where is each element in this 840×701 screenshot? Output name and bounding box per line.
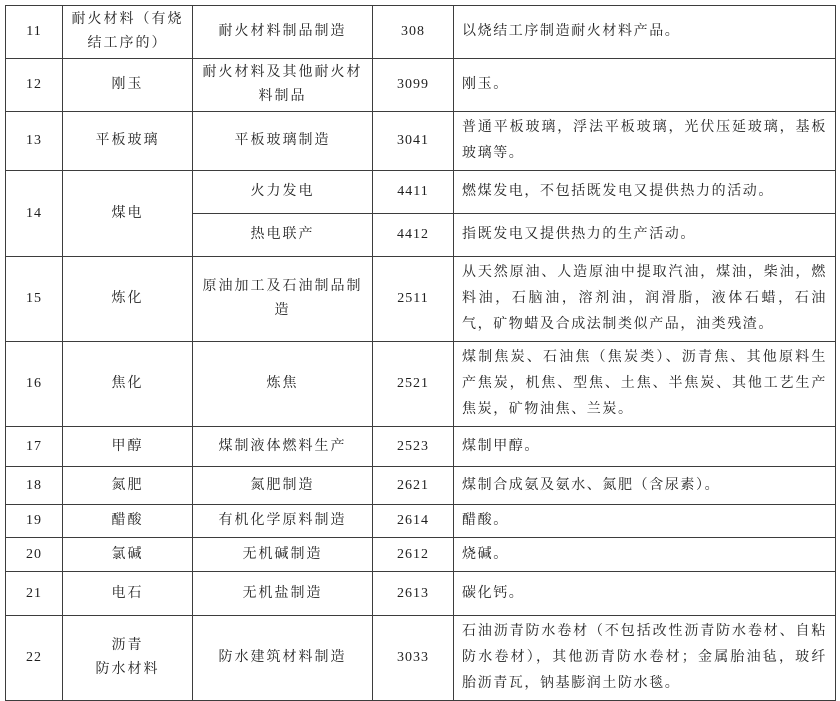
row-no-cell: 20: [6, 538, 63, 572]
table-row-19: 19 醋酸 有机化学原料制造 2614 醋酸。: [6, 505, 836, 538]
category-cell: 防水建筑材料制造: [193, 616, 373, 701]
code-cell: 2523: [373, 427, 454, 467]
code-cell: 3033: [373, 616, 454, 701]
table-row-20: 20 氯碱 无机碱制造 2612 烧碱。: [6, 538, 836, 572]
table-row-11: 11 耐火材料（有烧结工序的） 耐火材料制品制造 308 以烧结工序制造耐火材料…: [6, 6, 836, 59]
row-no-cell: 13: [6, 112, 63, 171]
table-row-17: 17 甲醇 煤制液体燃料生产 2523 煤制甲醇。: [6, 427, 836, 467]
description-cell: 普通平板玻璃，浮法平板玻璃，光伏压延玻璃，基板玻璃等。: [454, 112, 836, 171]
description-cell: 指既发电又提供热力的生产活动。: [454, 214, 836, 257]
industry-name-cell: 醋酸: [63, 505, 193, 538]
industry-name-cell: 沥青 防水材料: [63, 616, 193, 701]
table-row-15: 15 炼化 原油加工及石油制品制造 2511 从天然原油、人造原油中提取汽油，煤…: [6, 257, 836, 342]
industry-name-cell: 耐火材料（有烧结工序的）: [63, 6, 193, 59]
row-no-cell: 11: [6, 6, 63, 59]
description-cell: 烧碱。: [454, 538, 836, 572]
description-cell: 刚玉。: [454, 59, 836, 112]
industry-name-cell: 炼化: [63, 257, 193, 342]
industry-name-cell: 平板玻璃: [63, 112, 193, 171]
row-no-cell: 12: [6, 59, 63, 112]
code-cell: 3041: [373, 112, 454, 171]
industry-classification-table: 11 耐火材料（有烧结工序的） 耐火材料制品制造 308 以烧结工序制造耐火材料…: [5, 5, 836, 701]
category-cell: 无机盐制造: [193, 572, 373, 616]
industry-name-cell: 电石: [63, 572, 193, 616]
description-cell: 煤制合成氨及氨水、氮肥（含尿素）。: [454, 467, 836, 505]
code-cell: 4412: [373, 214, 454, 257]
description-cell: 石油沥青防水卷材（不包括改性沥青防水卷材、自粘防水卷材），其他沥青防水卷材；金属…: [454, 616, 836, 701]
description-cell: 从天然原油、人造原油中提取汽油，煤油，柴油，燃料油，石脑油，溶剂油，润滑脂，液体…: [454, 257, 836, 342]
industry-name-cell: 刚玉: [63, 59, 193, 112]
table-row-14a: 14 煤电 火力发电 4411 燃煤发电，不包括既发电又提供热力的活动。: [6, 171, 836, 214]
code-cell: 3099: [373, 59, 454, 112]
description-cell: 醋酸。: [454, 505, 836, 538]
row-no-cell: 18: [6, 467, 63, 505]
description-cell: 煤制甲醇。: [454, 427, 836, 467]
code-cell: 2612: [373, 538, 454, 572]
industry-name-cell: 焦化: [63, 342, 193, 427]
table-row-16: 16 焦化 炼焦 2521 煤制焦炭、石油焦（焦炭类）、沥青焦、其他原料生产焦炭…: [6, 342, 836, 427]
description-cell: 以烧结工序制造耐火材料产品。: [454, 6, 836, 59]
row-no-cell: 17: [6, 427, 63, 467]
row-no-cell: 14: [6, 171, 63, 257]
row-no-cell: 21: [6, 572, 63, 616]
table-row-18: 18 氮肥 氮肥制造 2621 煤制合成氨及氨水、氮肥（含尿素）。: [6, 467, 836, 505]
category-cell: 煤制液体燃料生产: [193, 427, 373, 467]
code-cell: 2614: [373, 505, 454, 538]
table-row-21: 21 电石 无机盐制造 2613 碳化钙。: [6, 572, 836, 616]
row-no-cell: 22: [6, 616, 63, 701]
industry-name-cell: 氮肥: [63, 467, 193, 505]
category-cell: 氮肥制造: [193, 467, 373, 505]
industry-name-cell: 煤电: [63, 171, 193, 257]
code-cell: 2521: [373, 342, 454, 427]
code-cell: 2511: [373, 257, 454, 342]
category-cell: 火力发电: [193, 171, 373, 214]
category-cell: 热电联产: [193, 214, 373, 257]
category-cell: 无机碱制造: [193, 538, 373, 572]
category-cell: 炼焦: [193, 342, 373, 427]
category-cell: 有机化学原料制造: [193, 505, 373, 538]
table-row-13: 13 平板玻璃 平板玻璃制造 3041 普通平板玻璃，浮法平板玻璃，光伏压延玻璃…: [6, 112, 836, 171]
code-cell: 2621: [373, 467, 454, 505]
category-cell: 耐火材料制品制造: [193, 6, 373, 59]
code-cell: 2613: [373, 572, 454, 616]
row-no-cell: 19: [6, 505, 63, 538]
category-cell: 原油加工及石油制品制造: [193, 257, 373, 342]
description-cell: 燃煤发电，不包括既发电又提供热力的活动。: [454, 171, 836, 214]
row-no-cell: 16: [6, 342, 63, 427]
table-row-22: 22 沥青 防水材料 防水建筑材料制造 3033 石油沥青防水卷材（不包括改性沥…: [6, 616, 836, 701]
industry-name-cell: 甲醇: [63, 427, 193, 467]
industry-name-cell: 氯碱: [63, 538, 193, 572]
category-cell: 平板玻璃制造: [193, 112, 373, 171]
table-row-12: 12 刚玉 耐火材料及其他耐火材料制品 3099 刚玉。: [6, 59, 836, 112]
row-no-cell: 15: [6, 257, 63, 342]
code-cell: 308: [373, 6, 454, 59]
description-cell: 碳化钙。: [454, 572, 836, 616]
category-cell: 耐火材料及其他耐火材料制品: [193, 59, 373, 112]
description-cell: 煤制焦炭、石油焦（焦炭类）、沥青焦、其他原料生产焦炭，机焦、型焦、土焦、半焦炭、…: [454, 342, 836, 427]
code-cell: 4411: [373, 171, 454, 214]
